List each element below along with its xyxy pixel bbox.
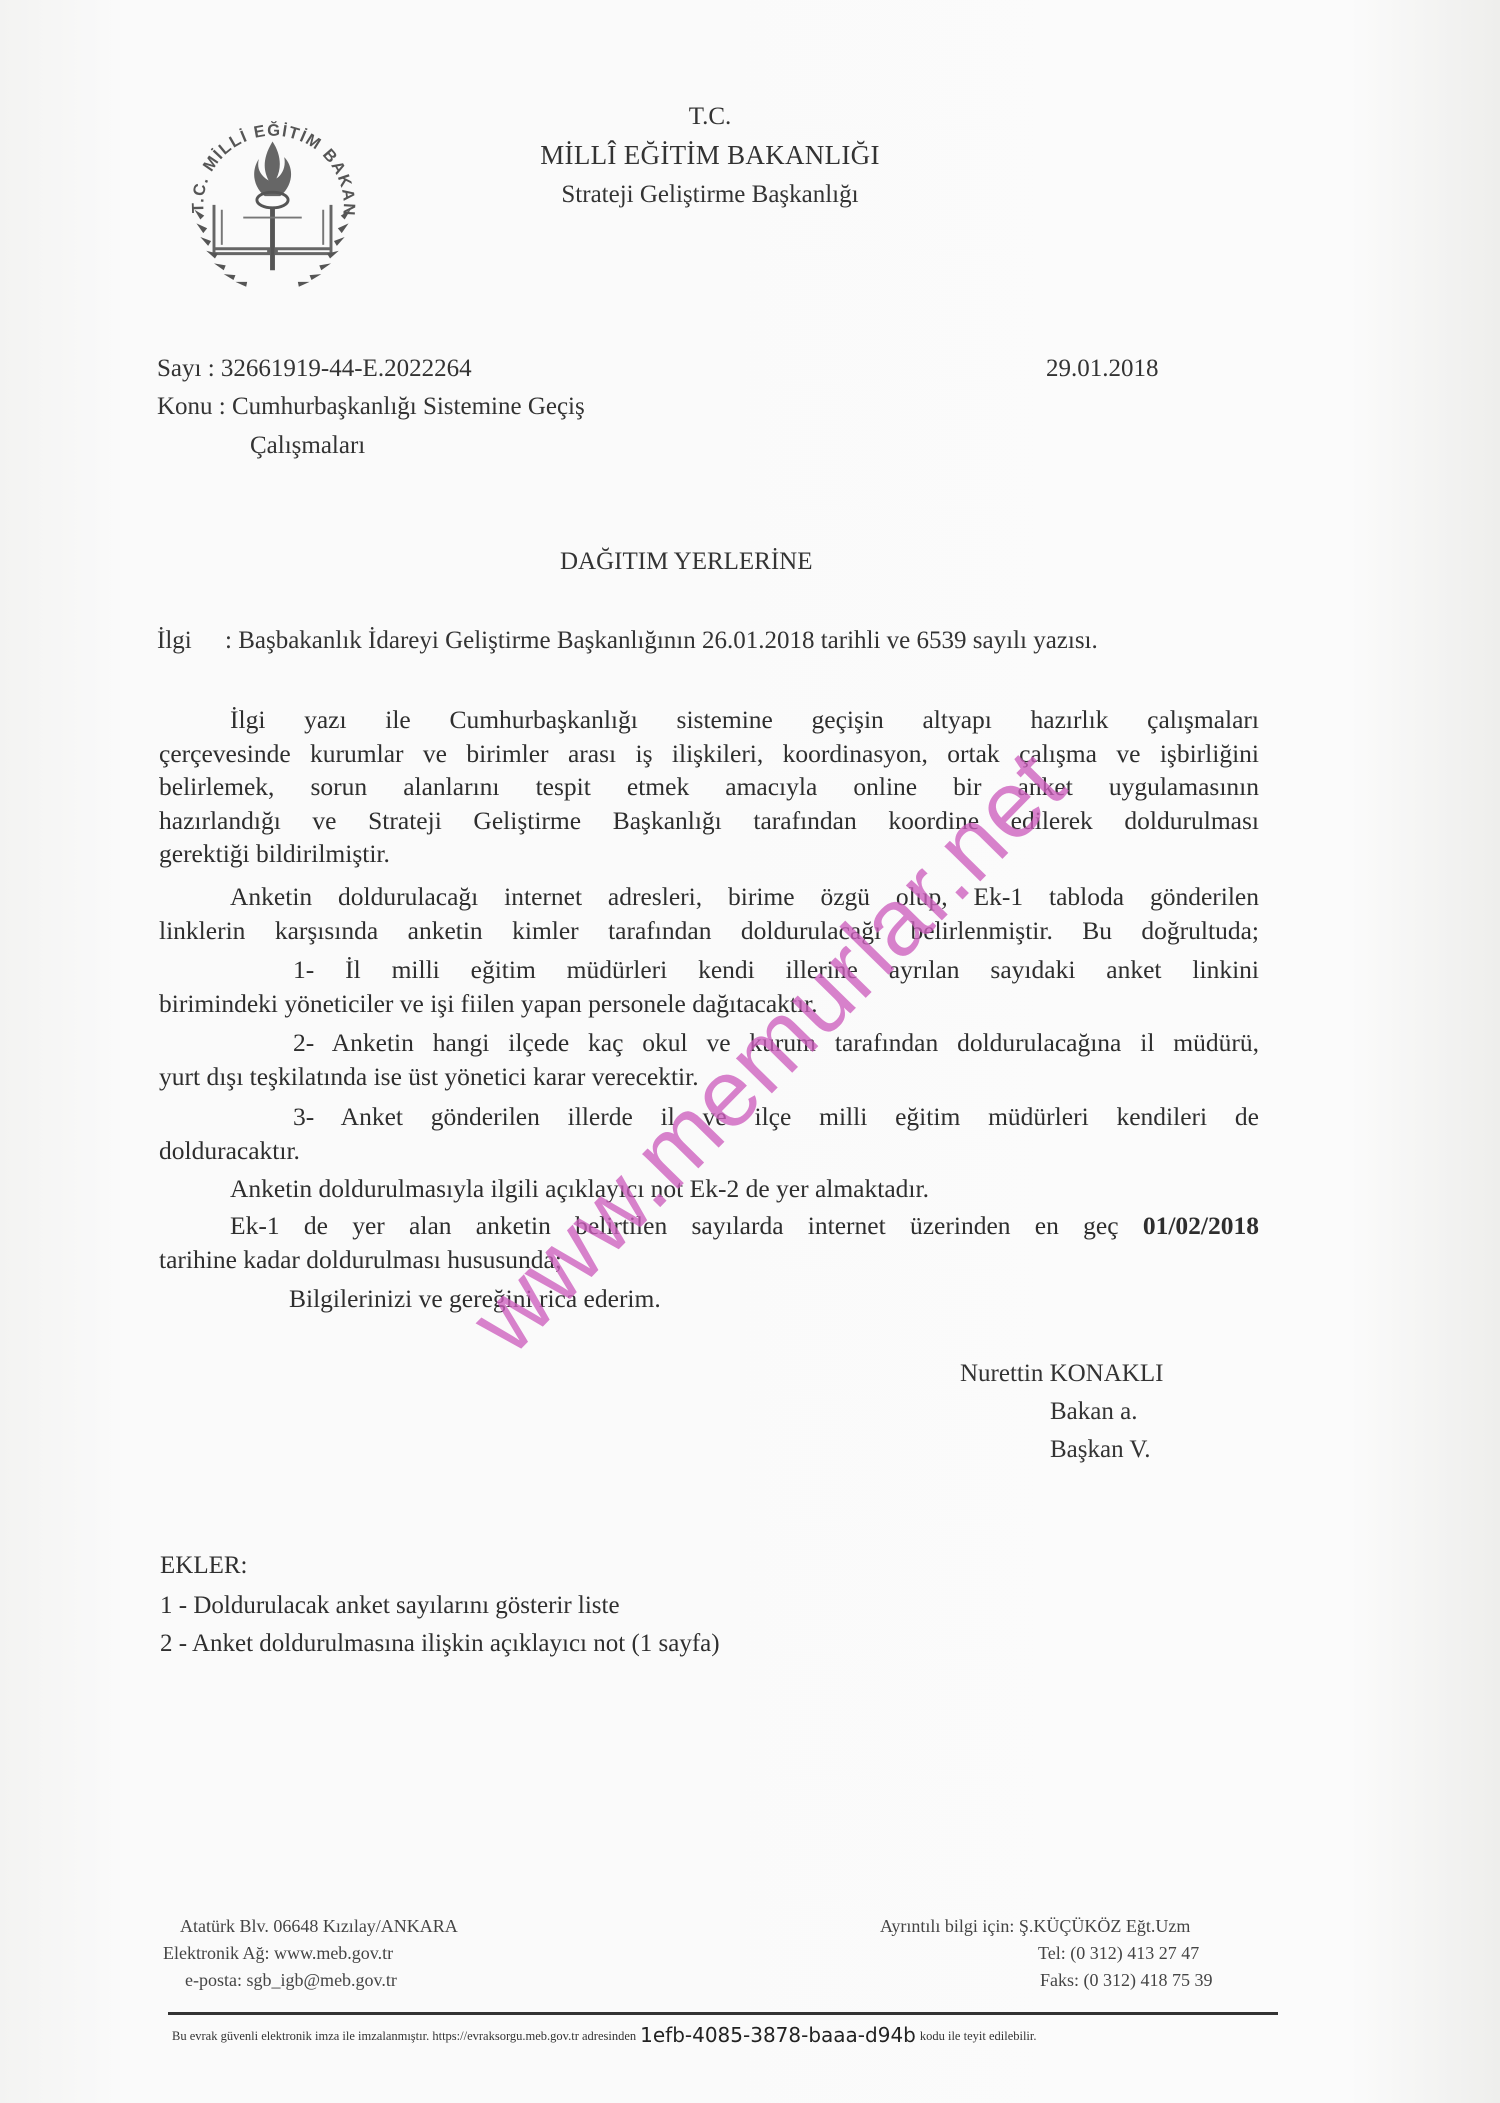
- document-date: 29.01.2018: [1046, 355, 1159, 383]
- signatory-title-2: Başkan V.: [1050, 1436, 1350, 1464]
- reference-label: İlgi: [157, 627, 225, 655]
- attachments-heading: EKLER:: [160, 1552, 248, 1580]
- footer-web: Elektronik Ağ: www.meb.gov.tr: [163, 1940, 393, 1967]
- attachment-item: 1 - Doldurulacak anket sayılarını göster…: [160, 1592, 620, 1620]
- footer-email: e-posta: sgb_igb@meb.gov.tr: [185, 1967, 397, 1994]
- subject-line-1: Konu : Cumhurbaşkanlığı Sistemine Geçiş: [157, 393, 585, 421]
- deadline-date: 01/02/2018: [1143, 1211, 1259, 1240]
- paragraph-explanatory-note: Anketin doldurulmasıyla ilgili açıklayıc…: [159, 1172, 1259, 1206]
- reference-text: : Başbakanlık İdareyi Geliştirme Başkanl…: [225, 627, 1098, 654]
- ministry-logo-icon: T.C. MİLLİ EĞİTİM BAKANLIĞI: [175, 100, 370, 300]
- footer-phone: Tel: (0 312) 413 27 47: [1038, 1940, 1199, 1967]
- document-number: Sayı : 32661919-44-E.2022264: [157, 355, 472, 383]
- ministry-heading: MİLLÎ EĞİTİM BAKANLIĞI: [480, 140, 940, 171]
- state-heading: T.C.: [480, 103, 940, 131]
- list-item-1: 1- İl milli eğitim müdürleri kendi iller…: [159, 953, 1259, 1020]
- attachment-item: 2 - Anket doldurulmasına ilişkin açıklay…: [160, 1630, 720, 1658]
- footer-address: Atatürk Blv. 06648 Kızılay/ANKARA: [180, 1913, 458, 1940]
- signatory-name: Nurettin KONAKLI: [960, 1360, 1260, 1388]
- unit-heading: Strateji Geliştirme Başkanlığı: [480, 181, 940, 209]
- list-item-2: 2- Anketin hangi ilçede kaç okul ve kuru…: [159, 1026, 1259, 1093]
- paragraph-intro: İlgi yazı ile Cumhurbaşkanlığı sistemine…: [159, 703, 1259, 871]
- verification-code: 1efb-4085-3878-baaa-d94b: [640, 2023, 916, 2047]
- paragraph-deadline: Ek-1 de yer alan anketin belirtilen sayı…: [159, 1209, 1259, 1276]
- paragraph-survey-addresses: Anketin doldurulacağı internet adresleri…: [159, 880, 1259, 947]
- footer-fax: Faks: (0 312) 418 75 39: [1040, 1967, 1213, 1994]
- distribution-heading: DAĞITIM YERLERİNE: [560, 548, 813, 576]
- footer-divider: [168, 2012, 1278, 2015]
- footer-contact: Ayrıntılı bilgi için: Ş.KÜÇÜKÖZ Eğt.Uzm: [880, 1913, 1190, 1940]
- list-item-3: 3- Anket gönderilen illerde il ve ilçe m…: [159, 1100, 1259, 1167]
- paragraph-closing: Bilgilerinizi ve gereğini rica ederim.: [159, 1282, 1259, 1316]
- document-page: T.C. MİLLİ EĞİTİM BAKANLIĞI T.C. MİLLÎ E…: [0, 0, 1500, 2103]
- subject-line-2: Çalışmaları: [250, 432, 365, 460]
- reference-line: İlgi: Başbakanlık İdareyi Geliştirme Baş…: [157, 627, 1098, 655]
- e-signature-verification: Bu evrak güvenli elektronik imza ile imz…: [172, 2021, 1037, 2045]
- signatory-title-1: Bakan a.: [1050, 1398, 1350, 1426]
